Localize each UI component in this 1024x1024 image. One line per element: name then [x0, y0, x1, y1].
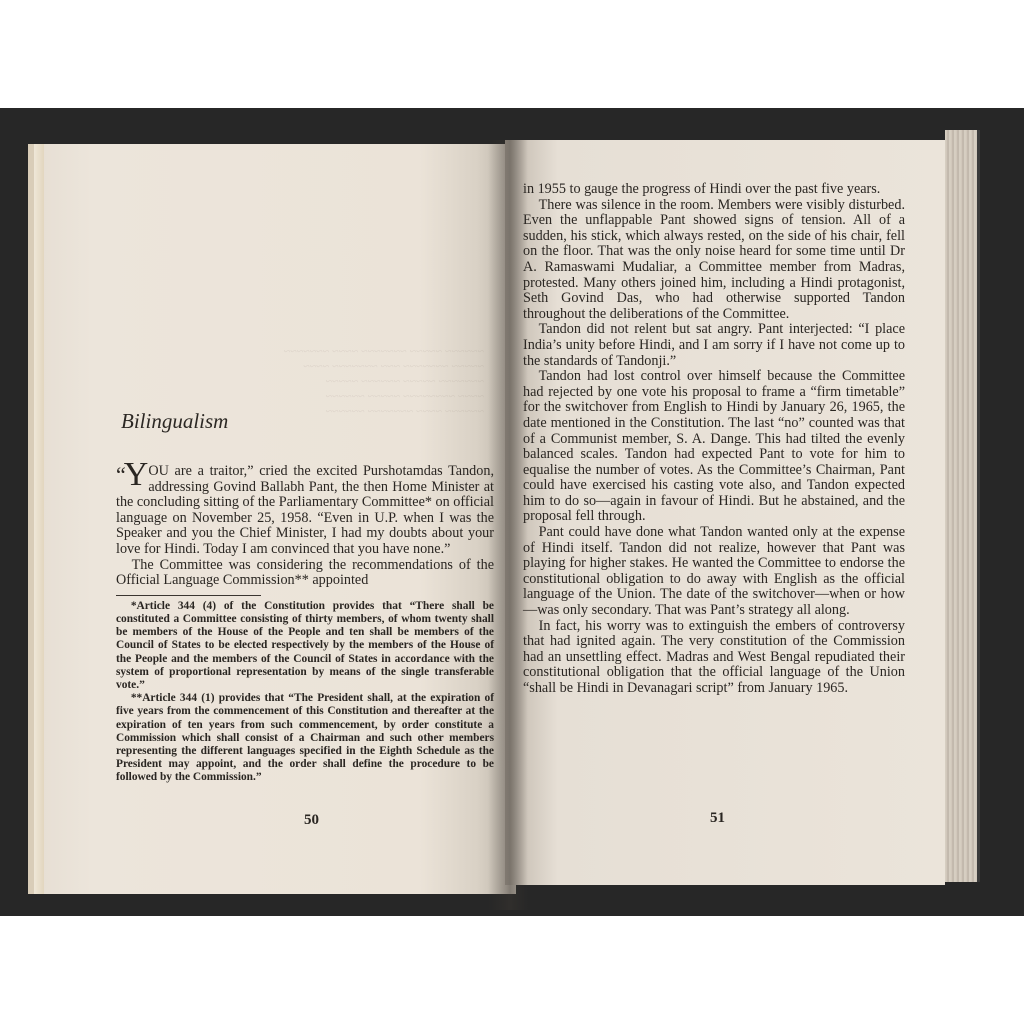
footnote: *Article 344 (4) of the Constitution pro…	[116, 600, 494, 692]
paragraph: There was silence in the room. Members w…	[523, 198, 905, 323]
paragraph: Tandon had lost control over himself bec…	[523, 369, 905, 525]
paragraph: Tandon did not relent but sat angry. Pan…	[523, 322, 905, 369]
footnote: **Article 344 (1) provides that “The Pre…	[116, 692, 494, 784]
paragraph: in 1955 to gauge the progress of Hindi o…	[523, 182, 905, 198]
opening-paragraph: “YOU are a traitor,” cried the excited P…	[116, 464, 494, 558]
page-stack-edges	[945, 130, 980, 882]
right-page-body: in 1955 to gauge the progress of Hindi o…	[523, 182, 905, 697]
drop-cap: “Y	[116, 464, 148, 489]
paragraph: In fact, his worry was to extinguish the…	[523, 619, 905, 697]
footnote-rule	[116, 595, 261, 596]
paragraph: Pant could have done what Tandon wanted …	[523, 525, 905, 619]
page-number: 51	[710, 810, 725, 827]
show-through-text: ~~~~~~ ~~~~~ ~~~~~~~ ~~~~ ~~~~~~~~~~~~ ~…	[184, 344, 484, 419]
book-spine-shadow	[488, 140, 528, 910]
left-page-text: “YOU are a traitor,” cried the excited P…	[116, 464, 494, 785]
page-number: 50	[304, 812, 319, 829]
section-heading: Bilingualism	[121, 409, 228, 434]
paragraph: The Committee was considering the recomm…	[116, 558, 494, 589]
right-page: in 1955 to gauge the progress of Hindi o…	[505, 140, 945, 885]
